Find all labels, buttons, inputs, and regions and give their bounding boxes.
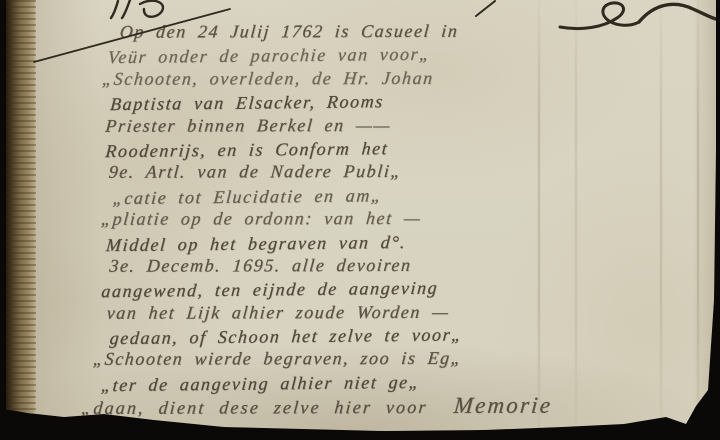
manuscript-line-text: „daan, dient dese zelve hier voor (80, 397, 428, 418)
book-binding-edge (6, 0, 36, 424)
manuscript-text-block: Op den 24 Julij 1762 is Casueel in Veür … (97, 18, 720, 420)
crossed-numeral-stroke (122, 0, 130, 18)
scanned-manuscript-photo: Op den 24 Julij 1762 is Casueel in Veür … (0, 0, 720, 440)
crossed-numeral-stroke (111, 1, 118, 18)
manuscript-line: „daan, dient dese zelve hier voorMemorie (80, 393, 720, 418)
crossed-numeral-loop (140, 1, 163, 17)
manuscript-line: „pliatie op de ordonn: van het — (100, 206, 719, 231)
memorie-word: Memorie (453, 393, 554, 418)
slash-mark (476, 1, 495, 16)
manuscript-line: Baptista van Elsacker, Rooms (109, 87, 718, 117)
manuscript-page: Op den 24 Julij 1762 is Casueel in Veür … (6, 0, 718, 440)
